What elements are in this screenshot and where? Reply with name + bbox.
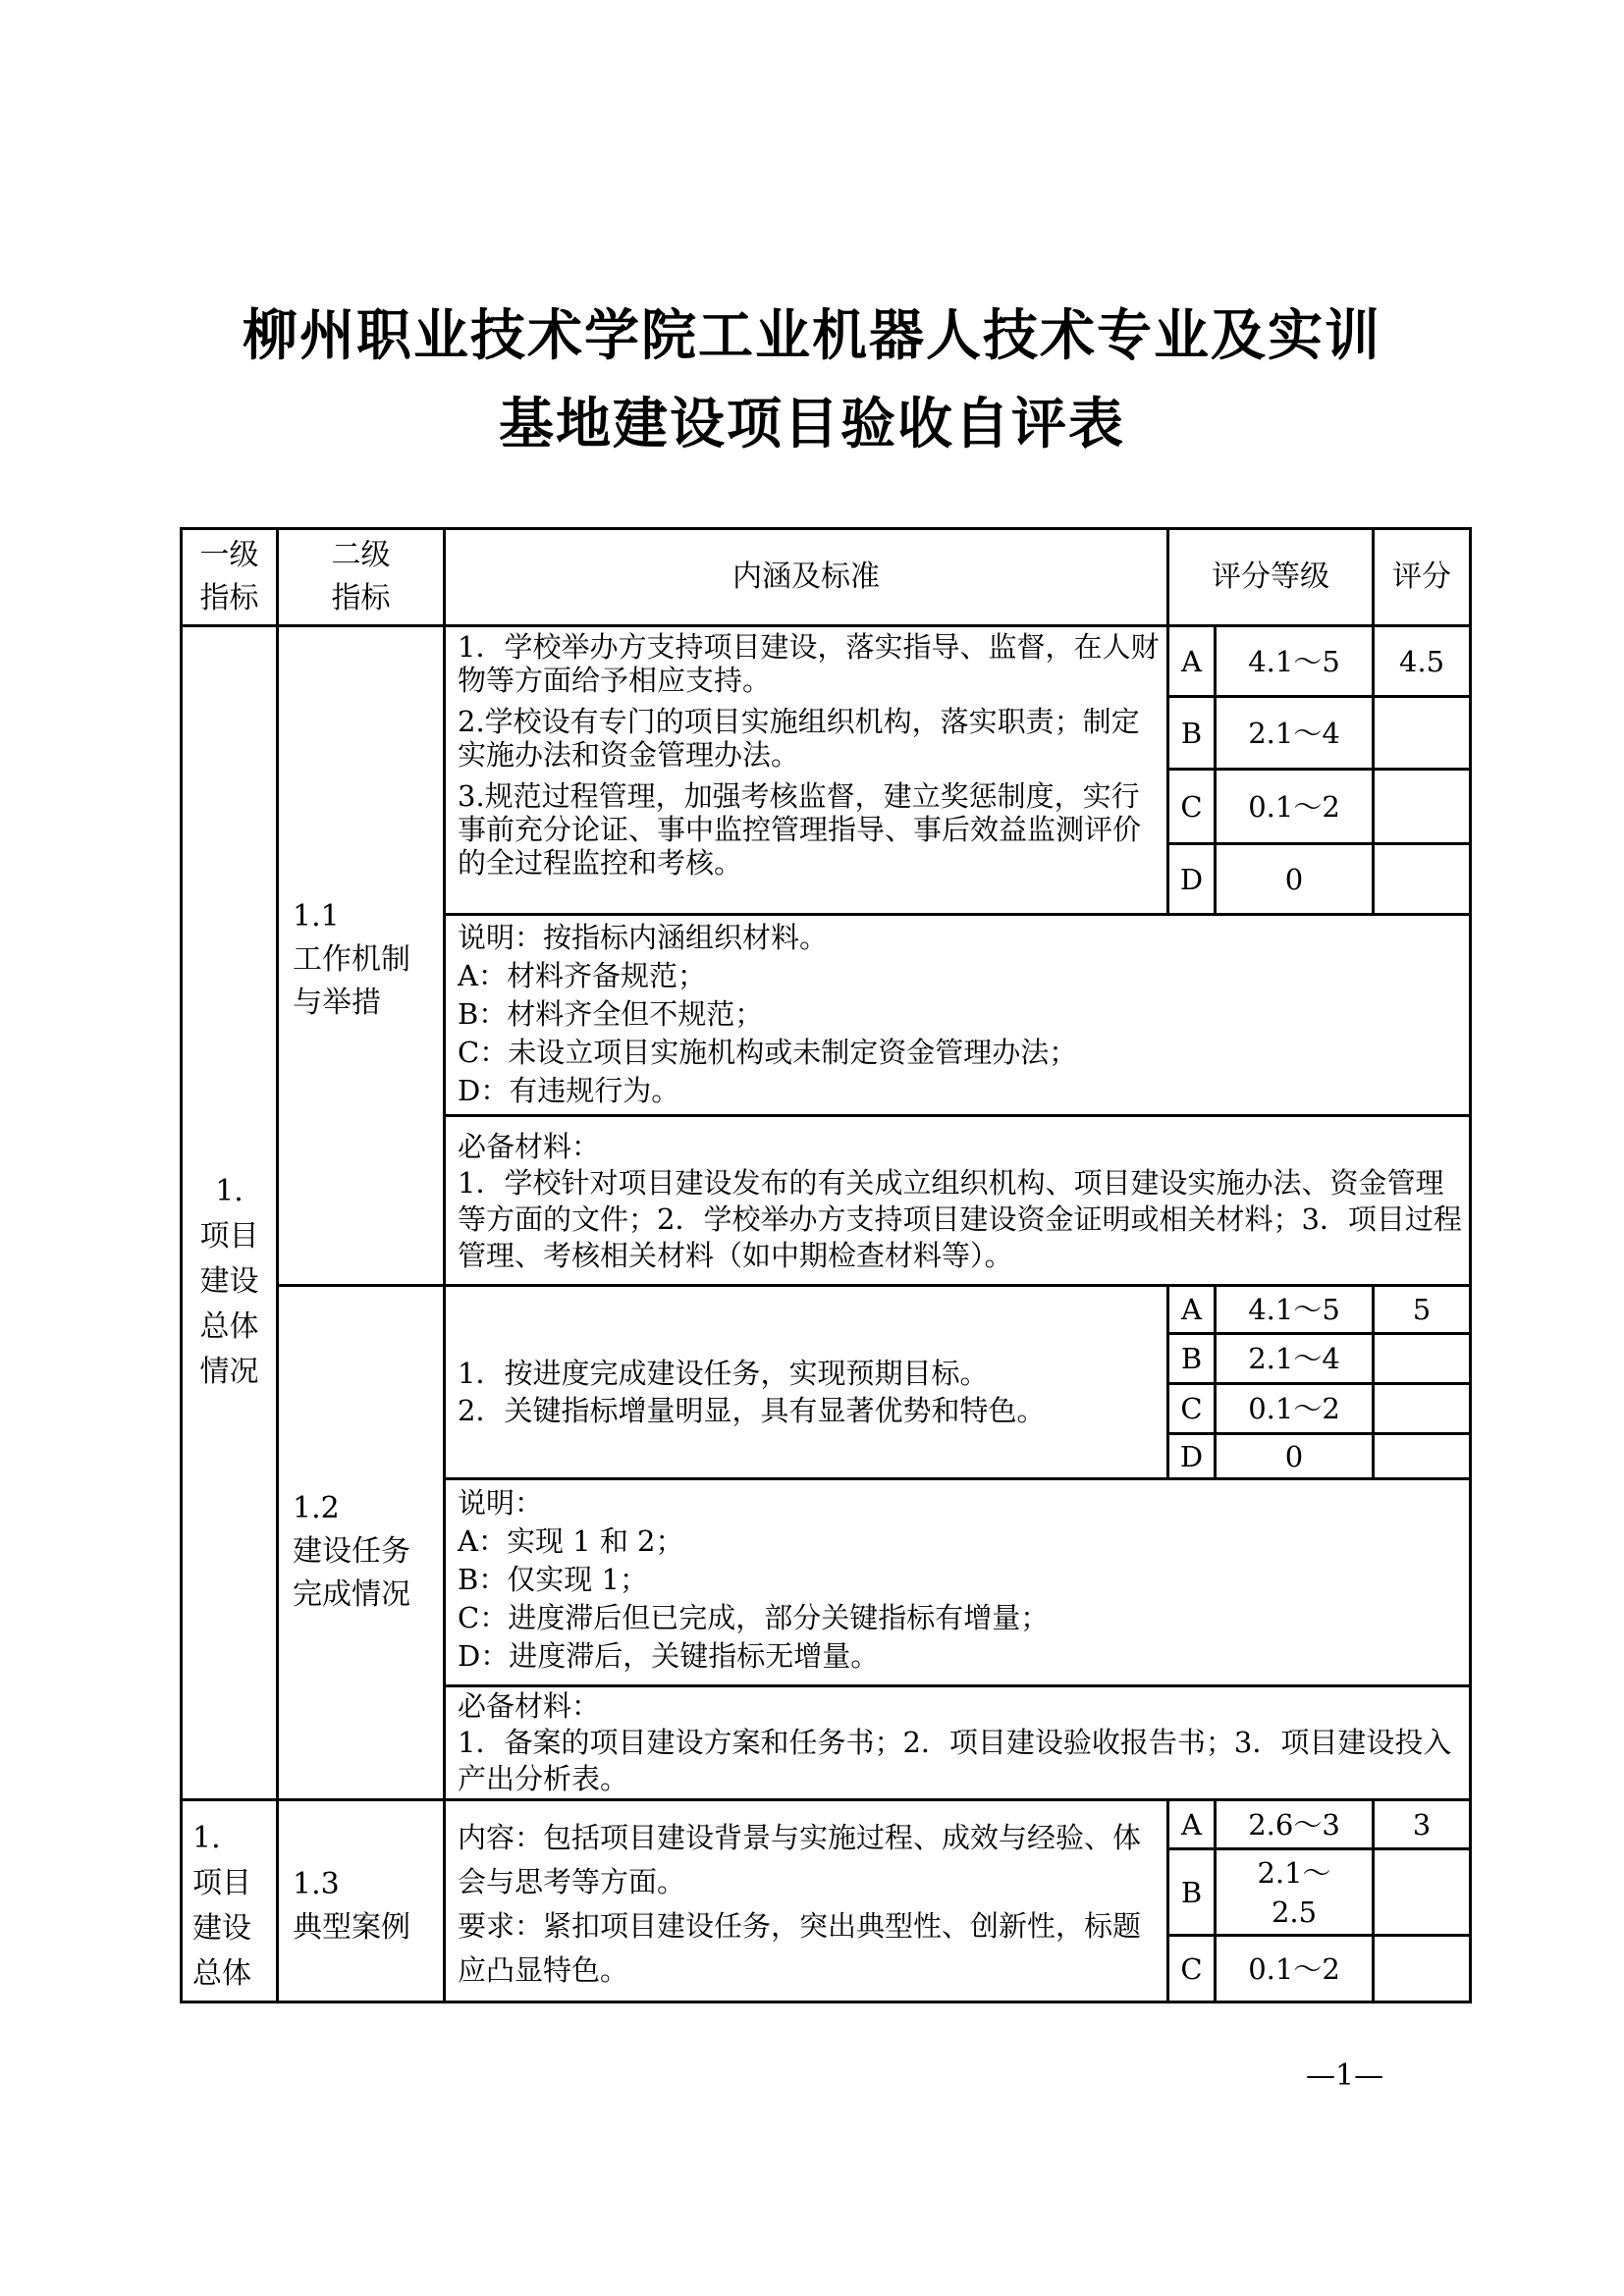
grade-letter: B xyxy=(1169,1335,1214,1382)
standard-item: 1．学校举办方支持项目建设，落实指导、监督，在人财物等方面给予相应支持。 xyxy=(458,630,1160,697)
grade-range: 4.1～5 xyxy=(1217,627,1372,695)
grade-range: 2.1～4 xyxy=(1217,1335,1372,1382)
page-number: —1— xyxy=(1306,2058,1383,2093)
score-value: 3 xyxy=(1375,1801,1469,1847)
standard-item: 2．关键指标增量明显，具有显著优势和特色。 xyxy=(458,1392,1160,1429)
level2-indicator-1-3: 1.3 典型案例 xyxy=(293,1863,440,1949)
score-value xyxy=(1375,1435,1469,1477)
evaluation-table: 一级 指标 二级 指标 内涵及标准 评分等级 评分 1. 项目 建设 总体 情况… xyxy=(0,0,1624,2296)
standard-item: 1．按进度完成建设任务，实现预期目标。 xyxy=(458,1355,1160,1392)
header-level2-indicator: 二级 指标 xyxy=(279,530,443,624)
score-value xyxy=(1375,1850,1469,1934)
grade-range: 2.1～ 2.5 xyxy=(1217,1850,1372,1934)
explanation-1-2: 说明： A：实现 1 和 2； B：仅实现 1； C：进度滞后但已完成，部分关键… xyxy=(458,1484,1464,1676)
grade-range: 0.1～2 xyxy=(1217,1385,1372,1432)
explanation-1-1: 说明：按指标内涵组织材料。 A：材料齐备规范； B：材料齐全但不规范； C：未设… xyxy=(458,919,1464,1110)
header-score: 评分 xyxy=(1375,530,1469,624)
score-value xyxy=(1375,845,1469,913)
level1-indicator-continued: 1. 项目 建设 总体 xyxy=(192,1816,276,1997)
grade-letter: C xyxy=(1169,1937,1214,2001)
requirement-description: 要求：紧扣项目建设任务，突出典型性、创新性，标题应凸显特色。 xyxy=(458,1904,1160,1993)
grade-letter: A xyxy=(1169,1287,1214,1332)
header-content-standard: 内涵及标准 xyxy=(446,530,1166,624)
grade-letter: C xyxy=(1169,1385,1214,1432)
grade-letter: B xyxy=(1169,698,1214,768)
standards-1-1: 1．学校举办方支持项目建设，落实指导、监督，在人财物等方面给予相应支持。 2.学… xyxy=(458,630,1160,880)
level1-indicator: 1. 项目 建设 总体 情况 xyxy=(183,627,276,1798)
required-materials-1-2: 必备材料： 1．备案的项目建设方案和任务书；2．项目建设验收报告书；3．项目建设… xyxy=(458,1688,1464,1797)
score-value: 5 xyxy=(1375,1287,1469,1332)
score-value xyxy=(1375,1335,1469,1382)
grade-range: 0.1～2 xyxy=(1217,1937,1372,2001)
standard-item: 2.学校设有专门的项目实施组织机构，落实职责；制定实施办法和资金管理办法。 xyxy=(458,705,1160,772)
grade-letter: A xyxy=(1169,627,1214,695)
level2-indicator-1-1: 1.1 工作机制 与举措 xyxy=(293,895,440,1025)
grade-letter: C xyxy=(1169,771,1214,842)
score-value: 4.5 xyxy=(1375,627,1469,695)
required-materials-1-1: 必备材料： 1．学校针对项目建设发布的有关成立组织机构、项目建设实施办法、资金管… xyxy=(458,1129,1464,1274)
score-value xyxy=(1375,1385,1469,1432)
header-level1-indicator: 一级 指标 xyxy=(183,530,276,624)
grade-letter: B xyxy=(1169,1850,1214,1934)
grade-range: 4.1～5 xyxy=(1217,1287,1372,1332)
header-grade-level: 评分等级 xyxy=(1169,530,1372,624)
score-value xyxy=(1375,1937,1469,2001)
score-value xyxy=(1375,771,1469,842)
standards-1-3: 内容：包括项目建设背景与实施过程、成效与经验、体会与思考等方面。 要求：紧扣项目… xyxy=(458,1816,1160,1993)
grade-range: 0 xyxy=(1217,1435,1372,1477)
grade-letter: D xyxy=(1169,845,1214,913)
grade-range: 2.6～3 xyxy=(1217,1801,1372,1847)
score-value xyxy=(1375,698,1469,768)
grade-range: 2.1～4 xyxy=(1217,698,1372,768)
grade-letter: A xyxy=(1169,1801,1214,1847)
grade-letter: D xyxy=(1169,1435,1214,1477)
standard-item: 3.规范过程管理，加强考核监督，建立奖惩制度，实行事前充分论证、事中监控管理指导… xyxy=(458,779,1160,880)
content-description: 内容：包括项目建设背景与实施过程、成效与经验、体会与思考等方面。 xyxy=(458,1816,1160,1904)
level2-indicator-1-2: 1.2 建设任务 完成情况 xyxy=(293,1487,440,1617)
grade-range: 0.1～2 xyxy=(1217,771,1372,842)
standards-1-2: 1．按进度完成建设任务，实现预期目标。 2．关键指标增量明显，具有显著优势和特色… xyxy=(458,1355,1160,1429)
grade-range: 0 xyxy=(1217,845,1372,913)
